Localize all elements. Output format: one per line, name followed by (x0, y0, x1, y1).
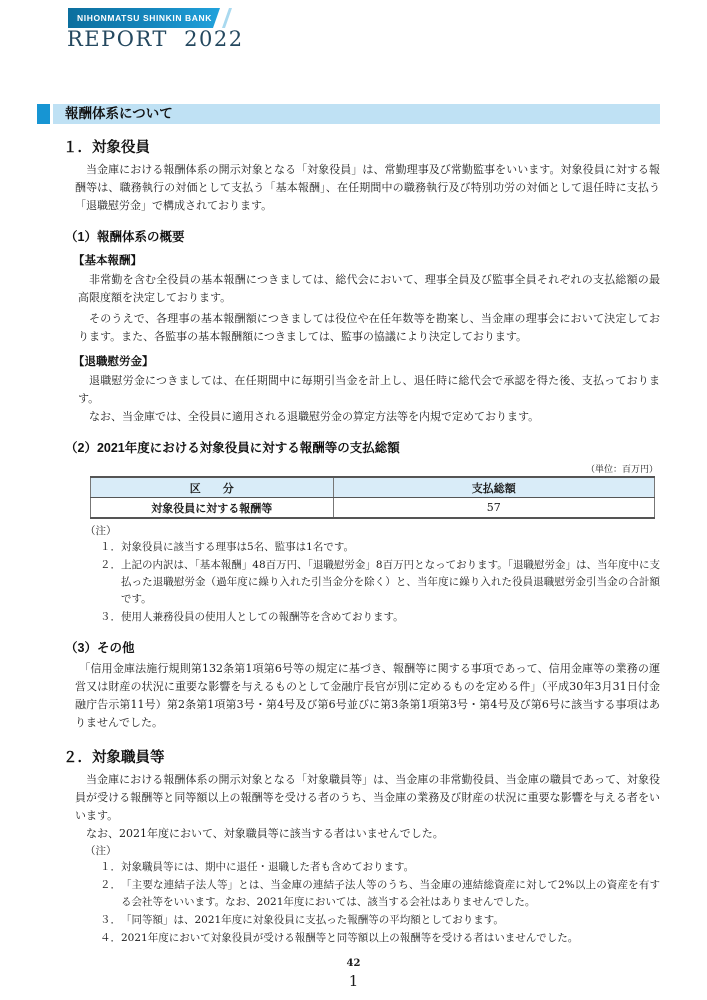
note-text: 2021年度において対象役員が受ける報酬等と同等額以上の報酬等を受ける者はいませ… (121, 930, 660, 947)
table-cell-total-value: 57 (333, 498, 654, 519)
note-text: 上記の内訳は、「基本報酬」48百万円、「退職慰労金」8百万円となっております。「… (121, 557, 660, 608)
label-basic-compensation: 【基本報酬】 (73, 252, 660, 268)
label-retirement-benefit: 【退職慰労金】 (73, 353, 660, 369)
compensation-total-table: 区 分 支払総額 対象役員に対する報酬等 57 (90, 476, 655, 519)
note-item: ２． 「主要な連結子法人等」とは、当金庫の連結子法人等のうち、当金庫の連結総資産… (100, 877, 660, 911)
note-item: １． 対象職員等には、期中に退任・退職した者も含めております。 (100, 859, 660, 876)
page-number-secondary: 1 (0, 972, 707, 990)
note-number: ４． (100, 930, 121, 947)
basic-compensation-paragraph-2: そのうえで、各理事の基本報酬額につきましては役位や在任年数等を勘案し、当金庫の理… (78, 310, 660, 346)
bank-logo-banner: NIHONMATSU SHINKIN BANK (68, 8, 220, 28)
retirement-benefit-paragraph-1: 退職慰労金につきましては、在任期間中に毎期引当金を計上し、退任時に総代会で承認を… (78, 372, 660, 408)
section-header-bar: 報酬体系について (0, 104, 707, 124)
section2-nao-paragraph: なお、2021年度において、対象職員等に該当する者はいませんでした。 (75, 825, 660, 843)
page-content: １．対象役員 当金庫における報酬体系の開示対象となる「対象役員」は、常勤理事及び… (50, 130, 660, 948)
note-item: １． 対象役員に該当する理事は5名、監事は1名です。 (100, 539, 660, 556)
note-text: 使用人兼務役員の使用人としての報酬等を含めております。 (121, 609, 660, 626)
section2-intro-paragraph: 当金庫における報酬体系の開示対象となる「対象職員等」は、当金庫の非常勤役員、当金… (75, 771, 660, 825)
note-item: ２． 上記の内訳は、「基本報酬」48百万円、「退職慰労金」8百万円となっておりま… (100, 557, 660, 608)
bank-name: NIHONMATSU SHINKIN BANK (77, 13, 212, 23)
section-title: 報酬体系について (65, 104, 173, 124)
note-number: ２． (100, 877, 121, 911)
heading-sub2: （2）2021年度における対象役員に対する報酬等の支払総額 (65, 438, 660, 456)
note-item: ３． 「同等額」は、2021年度に対象役員に支払った報酬等の平均額としております… (100, 912, 660, 929)
section1-other-paragraph: 「信用金庫法施行規則第132条第1項第6号等の規定に基づき、報酬等に関する事項で… (75, 660, 660, 732)
retirement-benefit-paragraph-2: なお、当金庫では、全役員に適用される退職慰労金の算定方法等を内規で定めております… (78, 408, 660, 426)
heading-sub1: （1）報酬体系の概要 (65, 227, 660, 245)
heading-section1: １．対象役員 (63, 136, 660, 157)
note-text: 対象職員等には、期中に退任・退職した者も含めております。 (121, 859, 660, 876)
page-number: 42 (0, 958, 707, 969)
section1-intro-paragraph: 当金庫における報酬体系の開示対象となる「対象役員」は、常勤理事及び常勤監事をいい… (75, 161, 660, 215)
report-title: REPORT 2022 (67, 27, 244, 51)
note-item: ４． 2021年度において対象役員が受ける報酬等と同等額以上の報酬等を受ける者は… (100, 930, 660, 947)
heading-sub3: （3）その他 (65, 638, 660, 656)
table-header-category: 区 分 (91, 477, 334, 498)
table-cell-category: 対象役員に対する報酬等 (91, 498, 334, 519)
note-item: ３． 使用人兼務役員の使用人としての報酬等を含めております。 (100, 609, 660, 626)
table-header-row: 区 分 支払総額 (91, 477, 655, 498)
basic-compensation-paragraph-1: 非常勤を含む全役員の基本報酬につきましては、総代会において、理事全員及び監事全員… (78, 271, 660, 307)
note-text: 「主要な連結子法人等」とは、当金庫の連結子法人等のうち、当金庫の連結総資産に対し… (121, 877, 660, 911)
note-number: ３． (100, 912, 121, 929)
note-text: 「同等額」は、2021年度に対象役員に支払った報酬等の平均額としております。 (121, 912, 660, 929)
report-page: NIHONMATSU SHINKIN BANK REPORT 2022 報酬体系… (0, 0, 707, 1000)
notes-label-1: （注） (85, 523, 660, 538)
table-unit-label: （単位：百万円） (50, 462, 658, 475)
table-header-total: 支払総額 (333, 477, 654, 498)
heading-section2: ２．対象職員等 (63, 746, 660, 767)
section-bar-accent-square (37, 104, 50, 124)
note-number: １． (100, 859, 121, 876)
banner-stripe-decoration (222, 8, 232, 28)
table-row: 対象役員に対する報酬等 57 (91, 498, 655, 519)
note-number: ３． (100, 609, 121, 626)
note-number: １． (100, 539, 121, 556)
note-text: 対象役員に該当する理事は5名、監事は1名です。 (121, 539, 660, 556)
notes-label-2: （注） (85, 843, 660, 858)
note-number: ２． (100, 557, 121, 608)
